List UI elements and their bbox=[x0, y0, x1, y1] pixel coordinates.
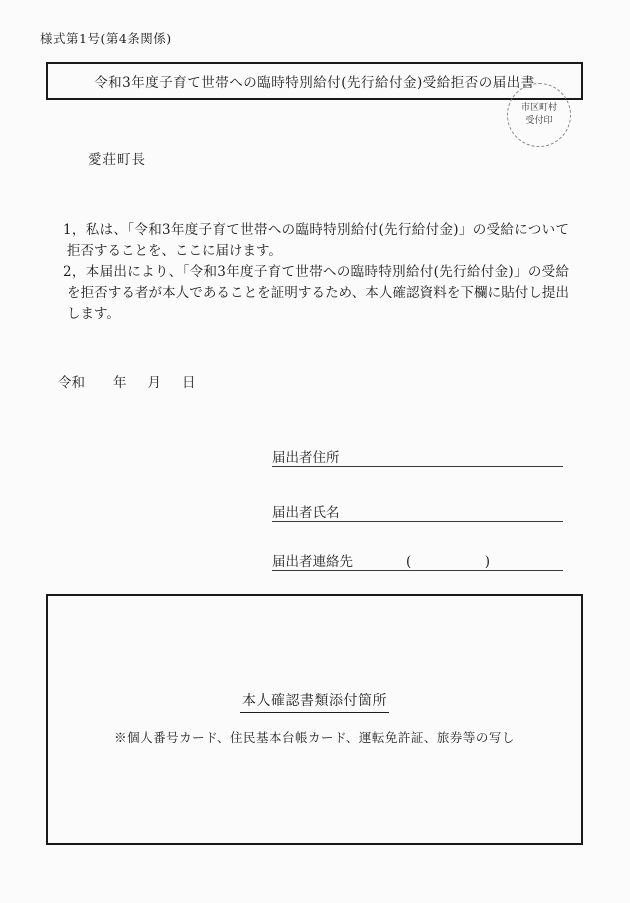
date-line: 令和年月日 bbox=[58, 371, 196, 391]
body-item-2-text: 本届出により、「令和3年度子育て世帯への臨時特別給付(先行給付金)」の受給を拒否… bbox=[67, 264, 569, 322]
date-year-label: 年 bbox=[113, 375, 127, 391]
field-declarant-address-label: 届出者住所 bbox=[272, 446, 340, 466]
date-month-label: 月 bbox=[148, 375, 162, 391]
form-number: 様式第1号(第4条関係) bbox=[40, 29, 172, 47]
field-declarant-name-label: 届出者氏名 bbox=[272, 501, 340, 521]
date-day-label: 日 bbox=[182, 375, 196, 391]
body-text: 1，私は、「令和3年度子育て世帯への臨時特別給付(先行給付金)」の受給について拒… bbox=[63, 220, 569, 325]
body-item-2-number: 2， bbox=[63, 264, 86, 280]
document-title: 令和3年度子育て世帯への臨時特別給付(先行給付金)受給拒否の届出書 bbox=[94, 71, 535, 91]
attachment-heading-text: 本人確認書類添付箇所 bbox=[240, 690, 389, 713]
field-declarant-address[interactable]: 届出者住所 bbox=[272, 445, 563, 467]
field-declarant-contact-paren: ( ) bbox=[406, 550, 491, 570]
stamp-label-line2: 受付印 bbox=[525, 115, 552, 128]
reception-stamp-area: 市区町村 受付印 bbox=[507, 83, 571, 147]
field-declarant-name[interactable]: 届出者氏名 bbox=[272, 500, 563, 522]
stamp-label-line1: 市区町村 bbox=[521, 102, 557, 115]
attachment-heading: 本人確認書類添付箇所 bbox=[48, 690, 581, 713]
addressee: 愛荘町長 bbox=[88, 148, 146, 168]
document-page: 様式第1号(第4条関係) 令和3年度子育て世帯への臨時特別給付(先行給付金)受給… bbox=[0, 0, 630, 903]
date-era-label: 令和 bbox=[58, 375, 85, 391]
body-item-2: 2，本届出により、「令和3年度子育て世帯への臨時特別給付(先行給付金)」の受給を… bbox=[63, 262, 569, 325]
body-item-1-number: 1， bbox=[63, 222, 86, 238]
title-box: 令和3年度子育て世帯への臨時特別給付(先行給付金)受給拒否の届出書 bbox=[46, 62, 583, 100]
attachment-note: ※個人番号カード、住民基本台帳カード、運転免許証、旅券等の写し bbox=[48, 728, 581, 746]
field-declarant-contact[interactable]: 届出者連絡先 ( ) bbox=[272, 549, 563, 571]
id-document-attachment-box[interactable]: 本人確認書類添付箇所 ※個人番号カード、住民基本台帳カード、運転免許証、旅券等の… bbox=[46, 594, 583, 845]
body-item-1-text: 私は、「令和3年度子育て世帯への臨時特別給付(先行給付金)」の受給について拒否す… bbox=[67, 222, 569, 259]
body-item-1: 1，私は、「令和3年度子育て世帯への臨時特別給付(先行給付金)」の受給について拒… bbox=[63, 220, 569, 262]
field-declarant-contact-label: 届出者連絡先 bbox=[272, 550, 353, 570]
